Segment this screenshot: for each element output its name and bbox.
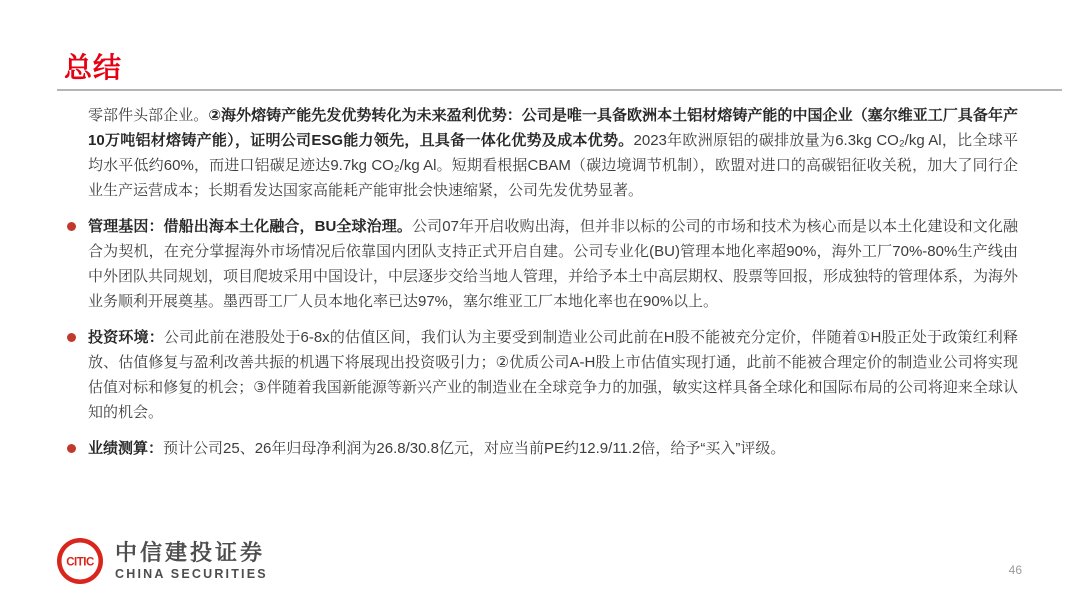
bullet-text: 预计公司25、26年归母净利润为26.8/30.8亿元，对应当前PE约12.9/…: [163, 440, 785, 457]
citic-logo-icon: CITIC: [56, 537, 104, 585]
summary-paragraph: 零部件头部企业。②海外熔铸产能先发优势转化为未来盈利优势：公司是唯一具备欧洲本土…: [64, 103, 1018, 203]
bullet-heading: 投资环境：: [88, 329, 164, 346]
logo-name-cn: 中信建投证券: [115, 540, 268, 565]
bullet-heading: 业绩测算：: [88, 440, 163, 457]
page-title: 总结: [64, 46, 122, 86]
svg-text:CITIC: CITIC: [66, 557, 94, 569]
bullet-text: 公司此前在港股处于6-8x的估值区间，我们认为主要受到制造业公司此前在H股不能被…: [88, 329, 1018, 421]
report-slide: 总结 零部件头部企业。②海外熔铸产能先发优势转化为未来盈利优势：公司是唯一具备欧…: [0, 0, 1080, 599]
page-number: 46: [1009, 563, 1022, 577]
logo-text: 中信建投证券 CHINA SECURITIES: [115, 540, 268, 582]
bullet-item-forecast: 业绩测算：预计公司25、26年归母净利润为26.8/30.8亿元，对应当前PE约…: [64, 436, 1018, 461]
bullet-heading: 管理基因：借船出海本土化融合，BU全球治理。: [88, 218, 412, 235]
bullet-item-management: 管理基因：借船出海本土化融合，BU全球治理。公司07年开启收购出海，但并非以标的…: [64, 214, 1018, 314]
bullet-item-investment: 投资环境：公司此前在港股处于6-8x的估值区间，我们认为主要受到制造业公司此前在…: [64, 325, 1018, 425]
bullet-dot-icon: [67, 222, 76, 231]
title-divider: [57, 89, 1062, 91]
company-logo: CITIC 中信建投证券 CHINA SECURITIES: [56, 537, 268, 585]
paragraph-lead-text: 零部件头部企业。: [88, 107, 208, 124]
bullet-dot-icon: [67, 444, 76, 453]
slide-content: 零部件头部企业。②海外熔铸产能先发优势转化为未来盈利优势：公司是唯一具备欧洲本土…: [64, 103, 1018, 472]
bullet-dot-icon: [67, 333, 76, 342]
logo-name-en: CHINA SECURITIES: [115, 567, 268, 581]
